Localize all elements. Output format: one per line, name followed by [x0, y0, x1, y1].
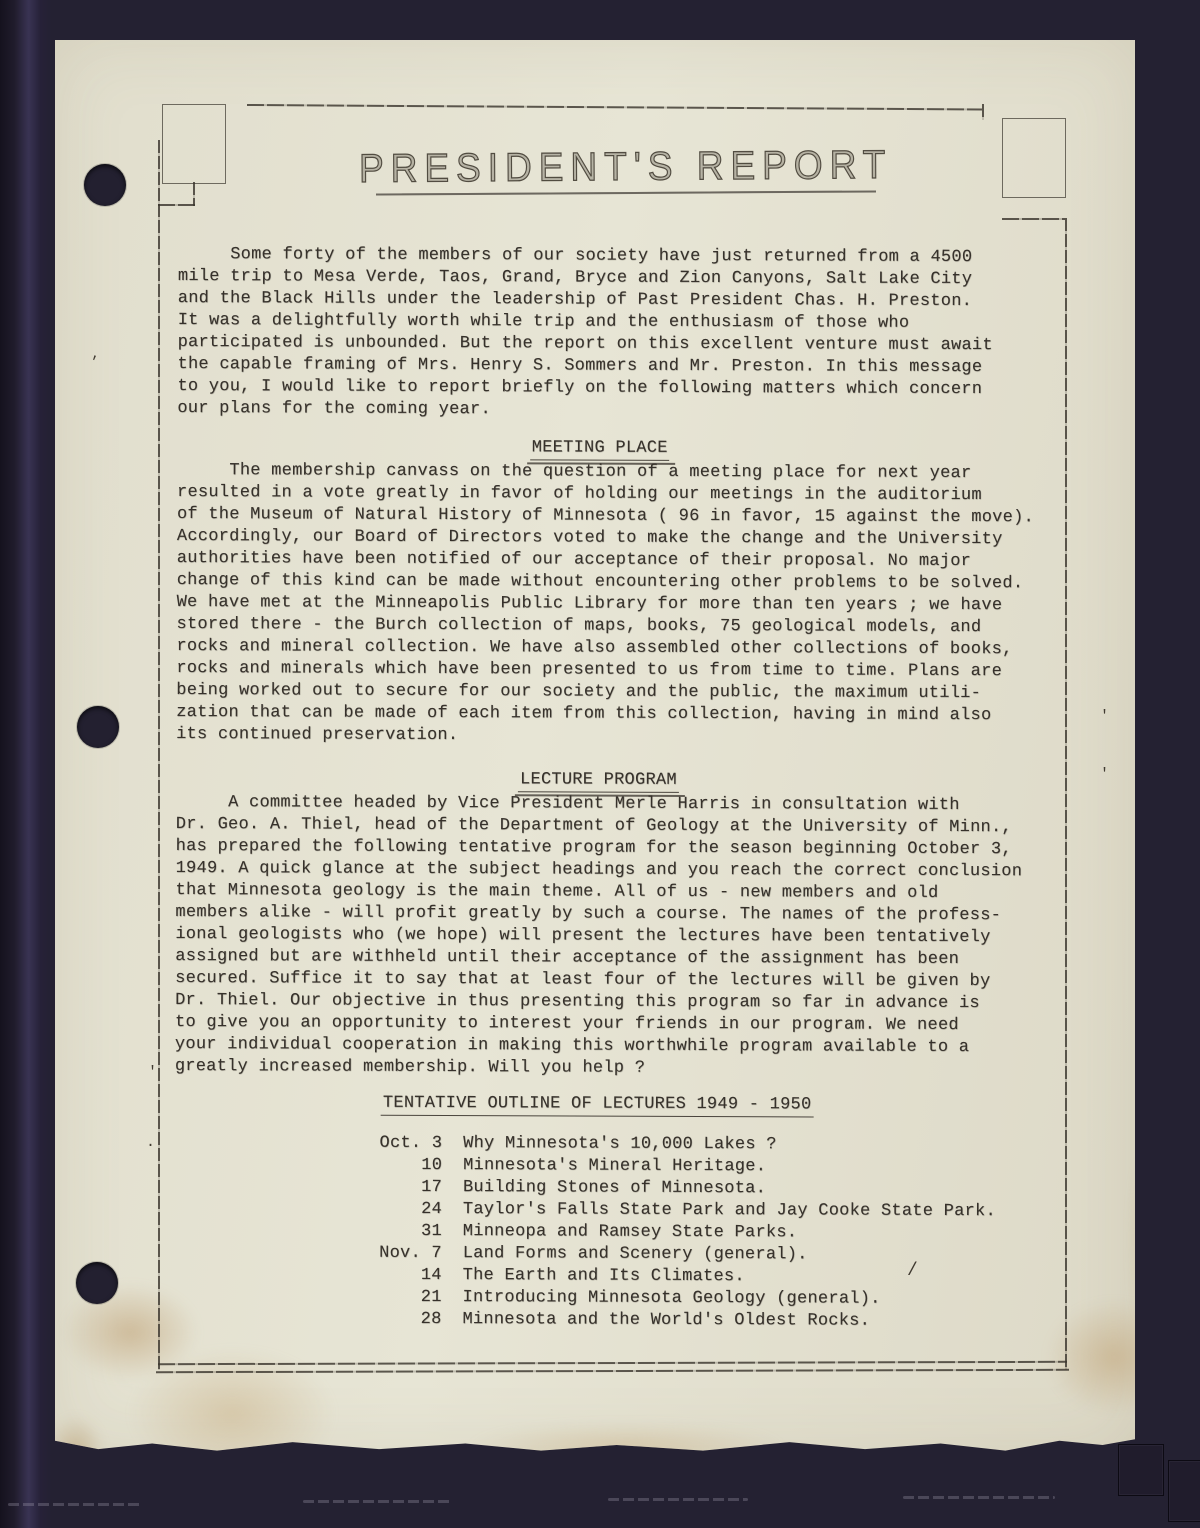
text-line: has prepared the following tentative pro…: [176, 836, 1021, 861]
next-page-corner-shadow: [1118, 1444, 1164, 1496]
text-line: It was a delightfully worth while trip a…: [178, 310, 1023, 335]
schedule-row: 24 Taylor's Falls State Park and Jay Coo…: [379, 1199, 1019, 1223]
schedule-row: Nov. 7 Land Forms and Scenery (general).: [379, 1243, 1019, 1267]
schedule-row: Oct. 3 Why Minnesota's 10,000 Lakes ?: [380, 1133, 1020, 1157]
corner-step-left-line: [158, 204, 195, 206]
text-line: Accordingly, our Board of Directors vote…: [177, 526, 1022, 551]
ink-speck: ': [1100, 770, 1109, 780]
water-stain-bottom-center: [415, 1370, 885, 1480]
schedule-row: 21 Introducing Minnesota Geology (genera…: [379, 1287, 1019, 1311]
schedule-row: 10 Minnesota's Mineral Heritage.: [379, 1155, 1019, 1179]
text-line: Dr. Thiel. Our objective in thus present…: [175, 990, 1020, 1015]
text-line: Some forty of the members of our society…: [178, 244, 1023, 269]
text-line: our plans for the coming year.: [177, 398, 1022, 423]
text-line: authorities have been notified of our ac…: [177, 548, 1022, 573]
typewritten-content: Some forty of the members of our society…: [174, 244, 1023, 1333]
border-line-right: [1065, 218, 1067, 1370]
text-line: 1949. A quick glance at the subject head…: [176, 858, 1021, 883]
next-page-corner-shadow: [1168, 1460, 1200, 1522]
text-line: secured. Suffice it to say that at least…: [175, 968, 1020, 993]
section-heading-lecture-program: LECTURE PROGRAM: [176, 768, 1021, 793]
text-line: We have met at the Minneapolis Public Li…: [177, 592, 1022, 617]
text-line: assigned but are withheld until their ac…: [175, 946, 1020, 971]
ink-speck: ': [1100, 712, 1109, 722]
text-line: to give you an opportunity to interest y…: [175, 1012, 1020, 1037]
section-heading-meeting-place: MEETING PLACE: [177, 436, 1022, 461]
text-line: that Minnesota geology is the main theme…: [175, 880, 1020, 905]
border-line-left: [158, 140, 160, 1370]
ink-speck: ': [87, 357, 99, 369]
text-line: change of this kind can be made without …: [177, 570, 1022, 595]
text-line: ional geologists who (we hope) will pres…: [175, 924, 1020, 949]
water-stain-right-edge: [1065, 1130, 1155, 1350]
text-line: your individual cooperation in making th…: [175, 1034, 1020, 1059]
document-page: PRESIDENT'S REPORT Some forty of the mem…: [55, 40, 1135, 1452]
lecture-schedule-list: Oct. 3 Why Minnesota's 10,000 Lakes ? 10…: [379, 1133, 1020, 1333]
text-line: of the Museum of Natural History of Minn…: [177, 504, 1022, 529]
section-heading-tentative-outline: TENTATIVE OUTLINE OF LECTURES 1949 - 195…: [175, 1092, 1020, 1117]
punch-hole-top: [84, 164, 126, 206]
intro-paragraph: Some forty of the members of our society…: [177, 244, 1023, 423]
corner-jog-right: [982, 104, 984, 120]
book-binding-edge: [0, 0, 52, 1528]
text-line: Dr. Geo. A. Thiel, head of the Departmen…: [176, 814, 1021, 839]
backdrop-scratch: [608, 1498, 748, 1501]
text-line: mile trip to Mesa Verde, Taos, Grand, Br…: [178, 266, 1023, 291]
text-line: rocks and minerals which have been prese…: [176, 658, 1021, 683]
text-line: stored there - the Burch collection of m…: [176, 614, 1021, 639]
title-block: PRESIDENT'S REPORT: [203, 146, 1048, 194]
text-line: rocks and mineral collection. We have al…: [176, 636, 1021, 661]
border-line-top: [247, 104, 982, 110]
backdrop-scratch: [303, 1500, 451, 1503]
text-line: and the Black Hills under the leadership…: [178, 288, 1023, 313]
border-line-bottom-inner: [156, 1369, 1069, 1373]
text-line: to you, I would like to report briefly o…: [177, 376, 1022, 401]
page-title: PRESIDENT'S REPORT: [359, 142, 893, 191]
schedule-row: 31 Minneopa and Ramsey State Parks.: [379, 1221, 1019, 1245]
lecture-program-paragraph: A committee headed by Vice President Mer…: [175, 792, 1021, 1081]
text-line: resulted in a vote greatly in favor of h…: [177, 482, 1022, 507]
border-line-bottom-outer: [158, 1361, 1067, 1365]
scanned-page-backdrop: PRESIDENT'S REPORT Some forty of the mem…: [0, 0, 1200, 1528]
text-line: zation that can be made of each item fro…: [176, 702, 1021, 727]
punch-hole-middle: [77, 706, 119, 748]
ink-speck: .: [146, 1138, 155, 1148]
title-underline: [375, 190, 875, 195]
corner-step-left: [193, 182, 195, 206]
text-line: participated is unbounded. But the repor…: [178, 332, 1023, 357]
ink-speck: /: [907, 1266, 918, 1276]
corner-step-right-line: [1002, 218, 1065, 220]
backdrop-scratch: [903, 1496, 1055, 1499]
ink-speck: ': [148, 1068, 157, 1078]
backdrop-scratch: [8, 1503, 143, 1506]
text-line: being worked out to secure for our socie…: [176, 680, 1021, 705]
schedule-row: 14 The Earth and Its Climates.: [379, 1265, 1019, 1289]
text-line: the capable framing of Mrs. Henry S. Som…: [177, 354, 1022, 379]
text-line: its continued preservation.: [176, 724, 1021, 749]
schedule-row: 17 Building Stones of Minnesota.: [379, 1177, 1019, 1201]
text-line: members alike - will profit greatly by s…: [175, 902, 1020, 927]
schedule-row: 28 Minnesota and the World's Oldest Rock…: [379, 1309, 1019, 1333]
text-line: greatly increased membership. Will you h…: [175, 1056, 1020, 1081]
meeting-place-paragraph: The membership canvass on the question o…: [176, 460, 1022, 749]
punch-hole-bottom: [76, 1262, 118, 1304]
